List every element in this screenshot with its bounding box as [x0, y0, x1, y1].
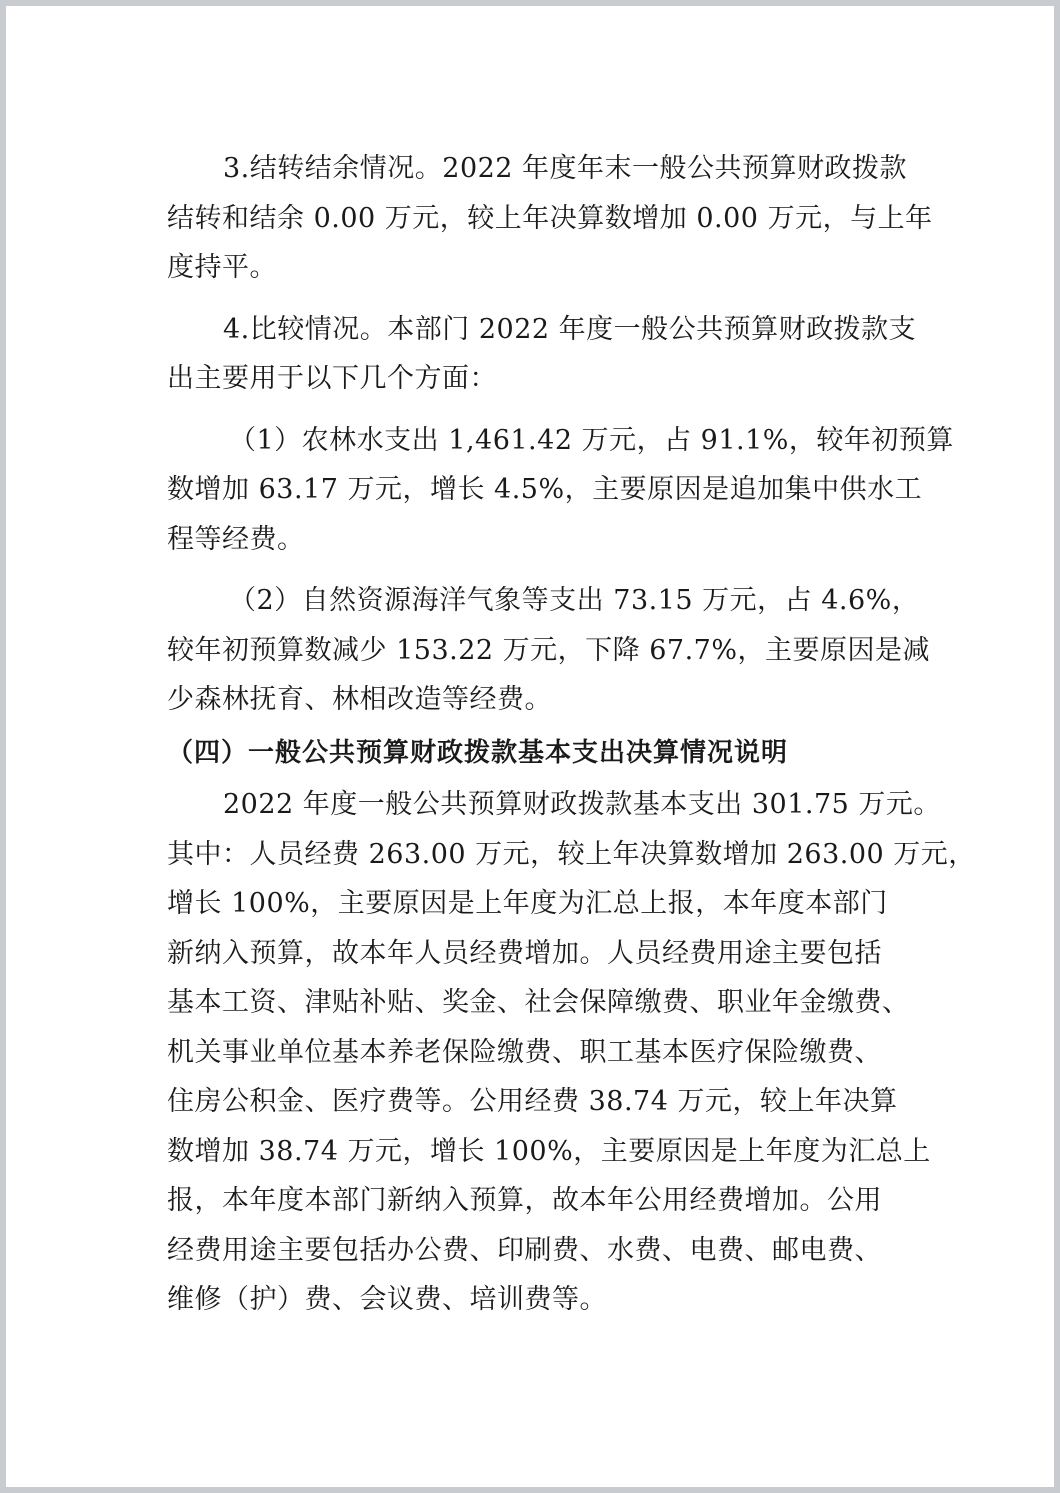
text-line: 住房公积金、医疗费等。公用经费 38.74 万元，较上年决算: [167, 1077, 897, 1127]
section-heading: （四）一般公共预算财政拨款基本支出决算情况说明: [167, 729, 897, 779]
text-line: （2）自然资源海洋气象等支出 73.15 万元，占 4.6%，: [167, 576, 897, 626]
paragraph-basic-expense: 2022 年度一般公共预算财政拨款基本支出 301.75 万元。 其中：人员经费…: [167, 780, 897, 1325]
document-body: 3.结转结余情况。2022 年度年末一般公共预算财政拨款 结转和结余 0.00 …: [167, 144, 897, 1325]
paragraph-carryover: 3.结转结余情况。2022 年度年末一般公共预算财政拨款 结转和结余 0.00 …: [167, 144, 897, 293]
text-line: 少森林抚育、林相改造等经费。: [167, 675, 897, 725]
document-page: 3.结转结余情况。2022 年度年末一般公共预算财政拨款 结转和结余 0.00 …: [6, 6, 1054, 1487]
text-line: 新纳入预算，故本年人员经费增加。人员经费用途主要包括: [167, 929, 897, 979]
text-line: 其中：人员经费 263.00 万元，较上年决算数增加 263.00 万元，: [167, 830, 897, 880]
paragraph-comparison: 4.比较情况。本部门 2022 年度一般公共预算财政拨款支 出主要用于以下几个方…: [167, 305, 897, 404]
paragraph-item-1-agriculture: （1）农林水支出 1,461.42 万元，占 91.1%，较年初预算 数增加 6…: [167, 416, 897, 565]
text-line: 数增加 38.74 万元，增长 100%，主要原因是上年度为汇总上: [167, 1127, 897, 1177]
text-line: 2022 年度一般公共预算财政拨款基本支出 301.75 万元。: [167, 780, 897, 830]
text-line: （1）农林水支出 1,461.42 万元，占 91.1%，较年初预算: [167, 416, 897, 466]
text-line: 较年初预算数减少 153.22 万元，下降 67.7%，主要原因是减: [167, 626, 897, 676]
text-line: 结转和结余 0.00 万元，较上年决算数增加 0.00 万元，与上年: [167, 194, 897, 244]
text-line: 报，本年度本部门新纳入预算，故本年公用经费增加。公用: [167, 1176, 897, 1226]
text-line: 基本工资、津贴补贴、奖金、社会保障缴费、职业年金缴费、: [167, 978, 897, 1028]
text-line: 程等经费。: [167, 515, 897, 565]
section-heading-4: （四）一般公共预算财政拨款基本支出决算情况说明: [167, 729, 897, 779]
text-line: 经费用途主要包括办公费、印刷费、水费、电费、邮电费、: [167, 1226, 897, 1276]
text-line: 度持平。: [167, 243, 897, 293]
text-line: 4.比较情况。本部门 2022 年度一般公共预算财政拨款支: [167, 305, 897, 355]
text-line: 增长 100%，主要原因是上年度为汇总上报，本年度本部门: [167, 879, 897, 929]
text-line: 机关事业单位基本养老保险缴费、职工基本医疗保险缴费、: [167, 1028, 897, 1078]
paragraph-item-2-natural-resources: （2）自然资源海洋气象等支出 73.15 万元，占 4.6%， 较年初预算数减少…: [167, 576, 897, 725]
text-line: 出主要用于以下几个方面：: [167, 354, 897, 404]
text-line: 维修（护）费、会议费、培训费等。: [167, 1275, 897, 1325]
text-line: 3.结转结余情况。2022 年度年末一般公共预算财政拨款: [167, 144, 897, 194]
text-line: 数增加 63.17 万元，增长 4.5%，主要原因是追加集中供水工: [167, 465, 897, 515]
